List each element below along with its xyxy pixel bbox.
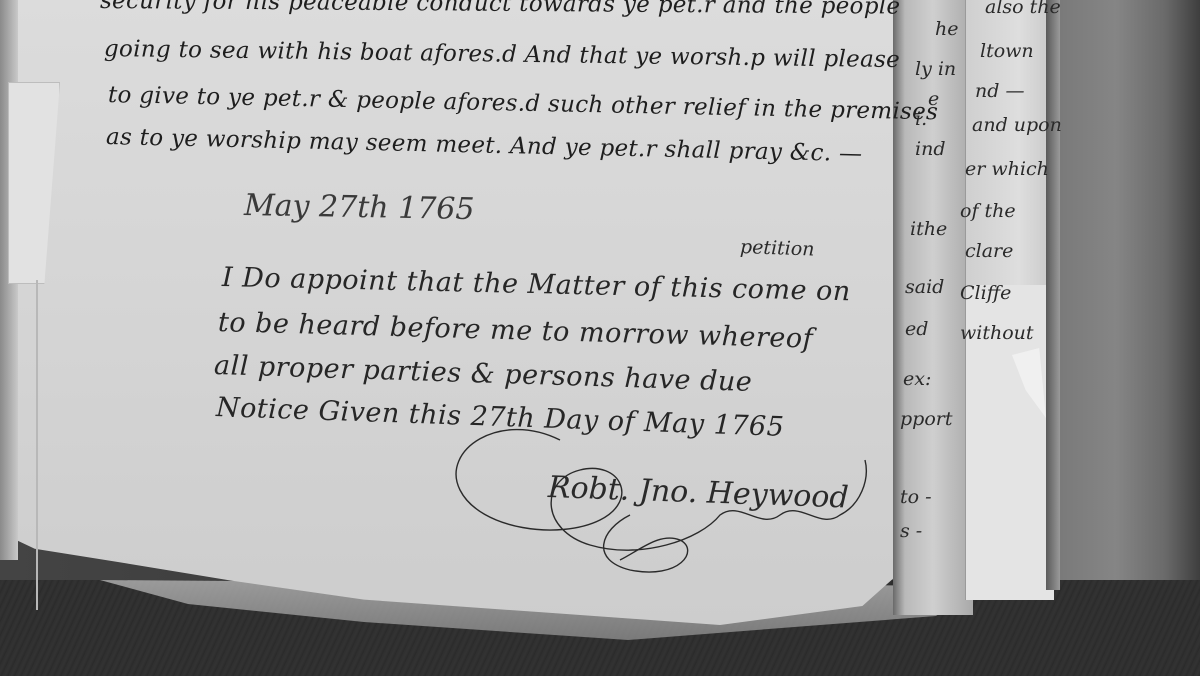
fragment-a: to - bbox=[900, 486, 932, 508]
fragment-b: of the bbox=[960, 200, 1016, 222]
fragment-b: er which bbox=[965, 158, 1049, 180]
fragment-a: said bbox=[905, 276, 944, 298]
page-fold-line bbox=[36, 280, 38, 610]
fragment-a: ex: bbox=[903, 368, 931, 390]
fragment-a: ithe bbox=[910, 218, 947, 240]
fragment-a: he bbox=[935, 18, 958, 40]
fragment-a: e bbox=[928, 88, 939, 110]
page-stack-edge bbox=[1046, 0, 1060, 590]
fragment-b: Cliffe bbox=[960, 282, 1011, 304]
fragment-a: ed bbox=[905, 318, 928, 340]
fragment-a: s - bbox=[900, 520, 922, 542]
fragment-b: also the bbox=[985, 0, 1061, 18]
cloth-fold-right bbox=[1060, 0, 1200, 676]
insertion-word: petition bbox=[740, 236, 815, 261]
fragment-b: clare bbox=[965, 240, 1013, 262]
fragment-b: nd — bbox=[975, 80, 1024, 102]
order-date: May 27th 1765 bbox=[244, 188, 475, 227]
fragment-a: ind bbox=[915, 138, 945, 160]
fragment-b: ltown bbox=[980, 40, 1034, 62]
fragment-b: and upon bbox=[972, 114, 1062, 136]
fragment-a: pport bbox=[900, 408, 952, 430]
fragment-a: i. bbox=[915, 108, 927, 130]
fragment-a: ly in bbox=[915, 58, 956, 80]
fragment-b: without bbox=[960, 322, 1034, 344]
